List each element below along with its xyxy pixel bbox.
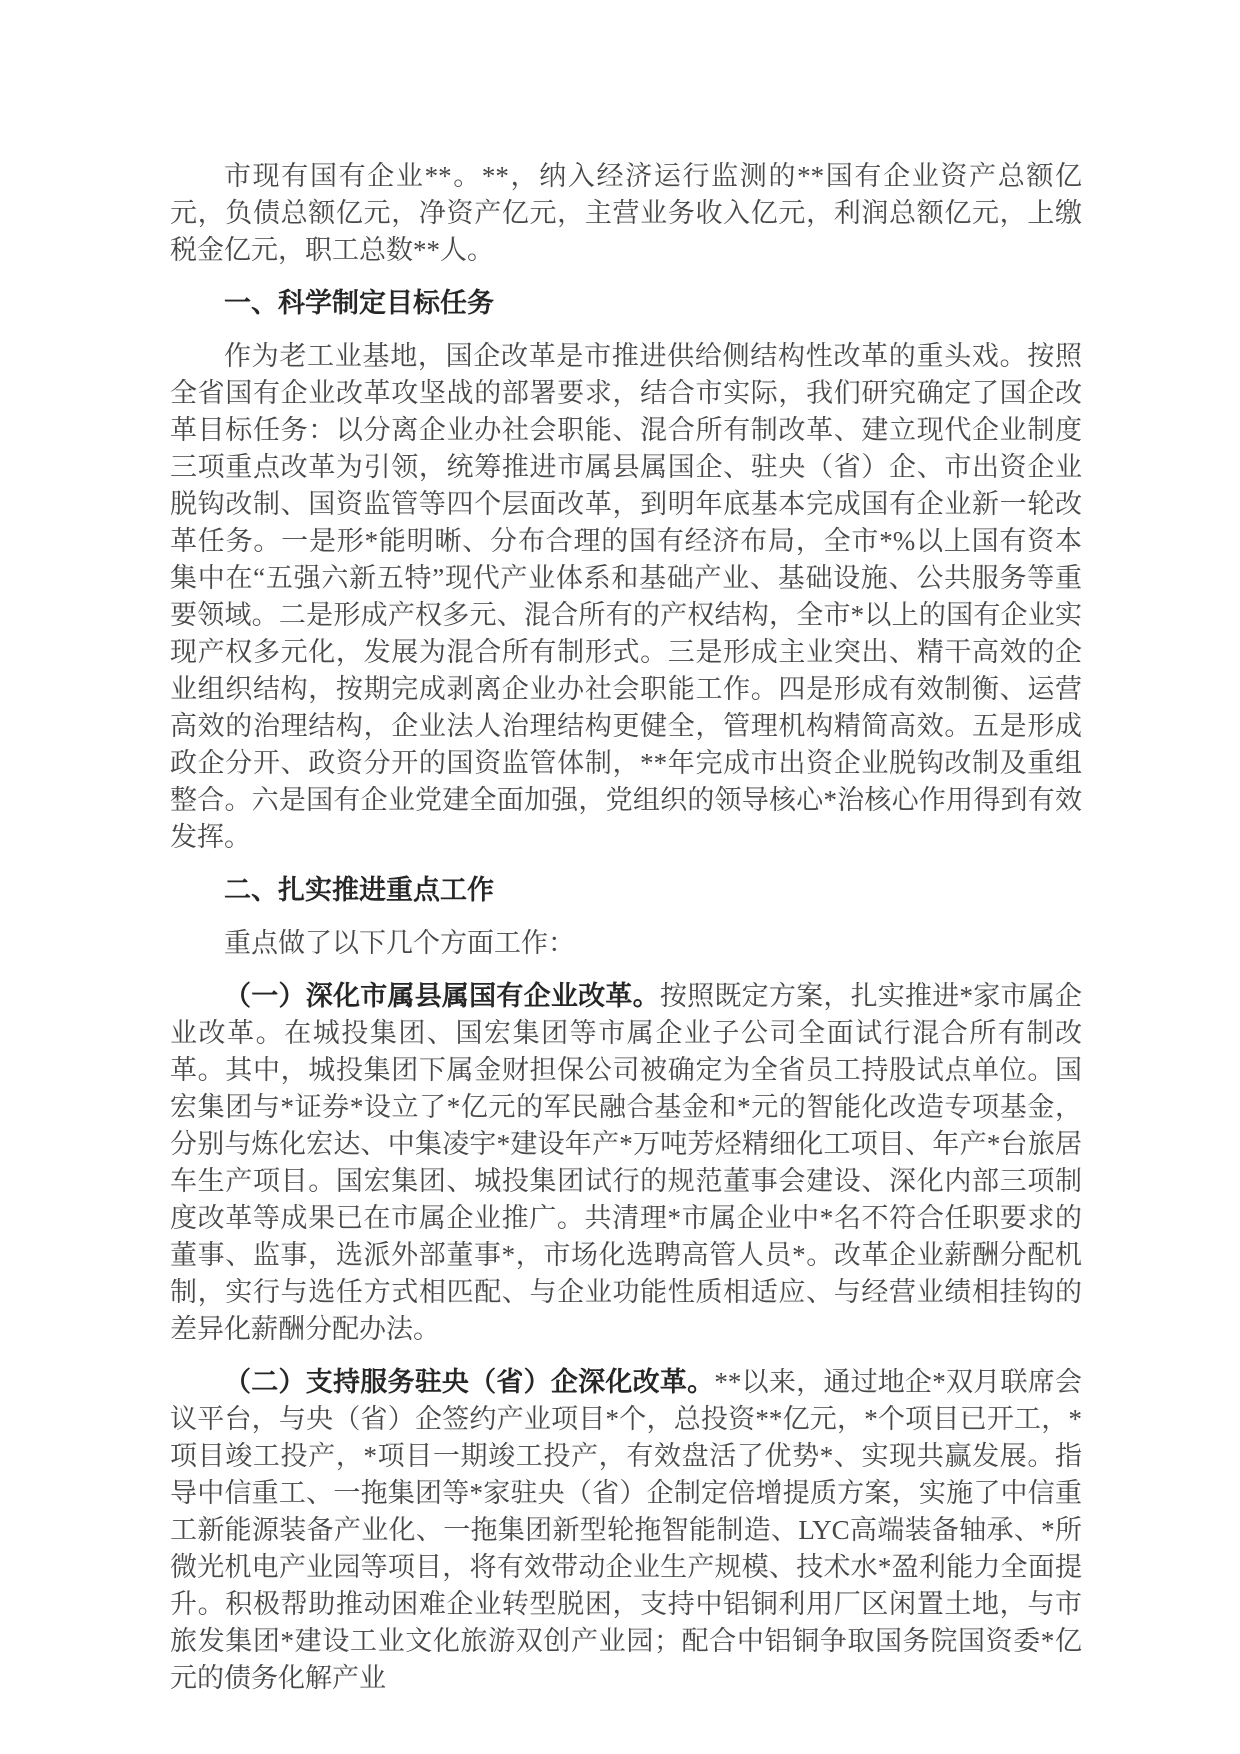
subsection-title: （一）深化市属县属国有企业改革。 (224, 981, 660, 1011)
subsection-title: （二）支持服务驻央（省）企深化改革。 (224, 1367, 714, 1397)
paragraph: 市现有国有企业**。**，纳入经济运行监测的**国有企业资产总额亿元，负债总额亿… (170, 158, 1082, 269)
paragraph: （二）支持服务驻央（省）企深化改革。**以来，通过地企*双月联席会议平台，与央（… (170, 1364, 1082, 1697)
paragraph: 重点做了以下几个方面工作： (170, 925, 1082, 962)
section-heading: 一、科学制定目标任务 (170, 285, 1082, 322)
document-page: 市现有国有企业**。**，纳入经济运行监测的**国有企业资产总额亿元，负债总额亿… (0, 0, 1240, 1754)
paragraph-text: 按照既定方案，扎实推进*家市属企业改革。在城投集团、国宏集团等市属企业子公司全面… (170, 981, 1082, 1344)
paragraph: 作为老工业基地，国企改革是市推进供给侧结构性改革的重头戏。按照全省国有企业改革攻… (170, 338, 1082, 856)
section-heading: 二、扎实推进重点工作 (170, 872, 1082, 909)
page-content: 市现有国有企业**。**，纳入经济运行监测的**国有企业资产总额亿元，负债总额亿… (170, 158, 1082, 1713)
paragraph-text: **以来，通过地企*双月联席会议平台，与央（省）企签约产业项目*个，总投资**亿… (170, 1367, 1082, 1693)
paragraph: （一）深化市属县属国有企业改革。按照既定方案，扎实推进*家市属企业改革。在城投集… (170, 978, 1082, 1348)
